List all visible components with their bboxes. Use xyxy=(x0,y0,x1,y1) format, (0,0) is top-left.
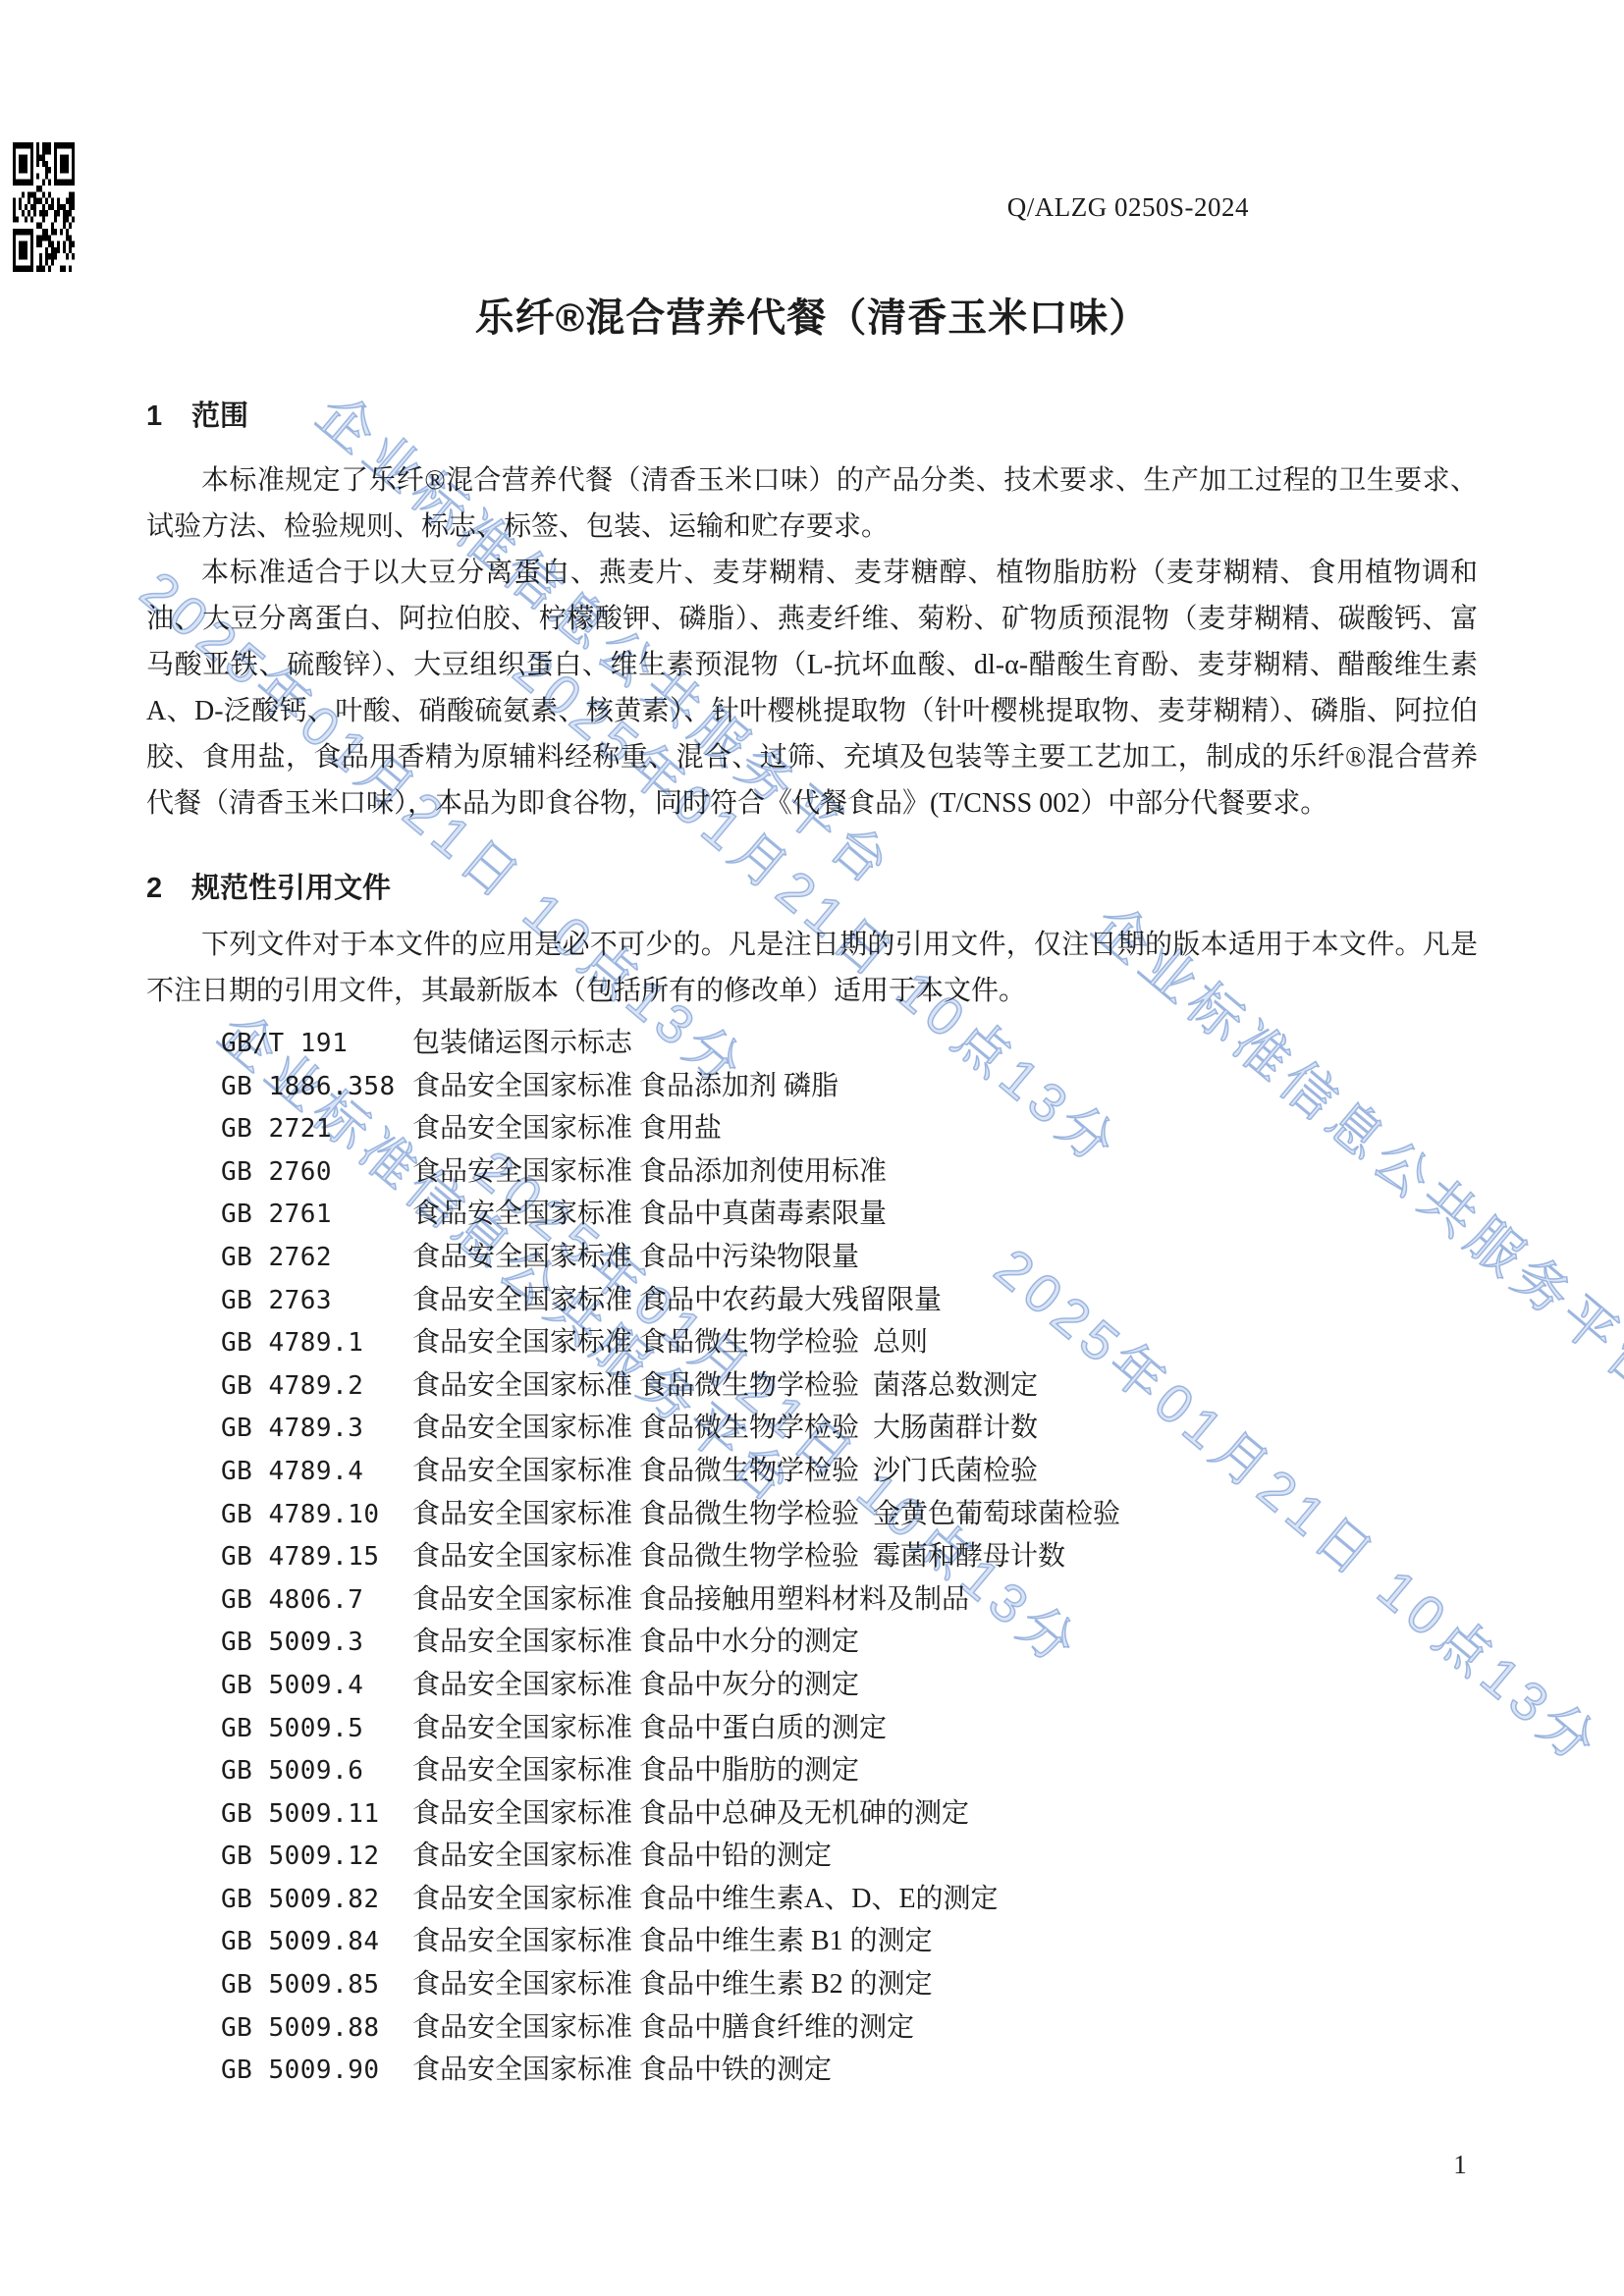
reference-title: 食品安全国家标准 食品中维生素 B1 的测定 xyxy=(412,1920,933,1963)
reference-row: GB 1886.358 食品安全国家标准 食品添加剂 磷脂 xyxy=(146,1065,1478,1108)
reference-title: 食品安全国家标准 食品中铅的测定 xyxy=(412,1835,832,1878)
reference-code: GB 5009.88 xyxy=(221,2007,412,2051)
reference-row: GB 5009.84 食品安全国家标准 食品中维生素 B1 的测定 xyxy=(146,1920,1478,1963)
section-2-intro: 下列文件对于本文件的应用是必不可少的。凡是注日期的引用文件，仅注日期的版本适用于… xyxy=(146,922,1478,1014)
reference-row: GB 5009.3 食品安全国家标准 食品中水分的测定 xyxy=(146,1621,1478,1664)
reference-code: GB 5009.3 xyxy=(221,1622,412,1665)
reference-row: GB 5009.4 食品安全国家标准 食品中灰分的测定 xyxy=(146,1664,1478,1707)
reference-code: GB 2721 xyxy=(221,1108,412,1151)
reference-row: GB 4789.2 食品安全国家标准 食品微生物学检验 菌落总数测定 xyxy=(146,1364,1478,1408)
reference-row: GB 5009.11 食品安全国家标准 食品中总砷及无机砷的测定 xyxy=(146,1792,1478,1836)
reference-code: GB 5009.5 xyxy=(221,1708,412,1751)
reference-list: GB/T 191 包装储运图示标志 GB 1886.358 食品安全国家标准 食… xyxy=(146,1022,1478,2092)
reference-title: 食品安全国家标准 食品中脂肪的测定 xyxy=(412,1749,859,1792)
section-1-paragraph-2: 本标准适合于以大豆分离蛋白、燕麦片、麦芽糊精、麦芽糖醇、植物脂肪粉（麦芽糊精、食… xyxy=(146,550,1478,827)
reference-title: 食品安全国家标准 食品微生物学检验 沙门氏菌检验 xyxy=(412,1450,1038,1493)
reference-row: GB 2762 食品安全国家标准 食品中污染物限量 xyxy=(146,1236,1478,1279)
reference-row: GB 2761 食品安全国家标准 食品中真菌毒素限量 xyxy=(146,1193,1478,1236)
reference-row: GB 5009.82 食品安全国家标准 食品中维生素A、D、E的测定 xyxy=(146,1878,1478,1921)
section-1-number: 1 xyxy=(146,400,191,433)
reference-code: GB 5009.85 xyxy=(221,1964,412,2007)
reference-title: 食品安全国家标准 食品添加剂使用标准 xyxy=(412,1150,887,1194)
section-2-heading: 2规范性引用文件 xyxy=(146,866,1478,906)
reference-code: GB 2760 xyxy=(221,1151,412,1195)
reference-row: GB/T 191 包装储运图示标志 xyxy=(146,1022,1478,1065)
reference-title: 食品安全国家标准 食品中真菌毒素限量 xyxy=(412,1193,887,1236)
section-1-paragraph-1: 本标准规定了乐纤®混合营养代餐（清香玉米口味）的产品分类、技术要求、生产加工过程… xyxy=(146,457,1478,550)
reference-row: GB 2763 食品安全国家标准 食品中农药最大残留限量 xyxy=(146,1279,1478,1322)
reference-row: GB 4789.15 食品安全国家标准 食品微生物学检验 霉菌和酵母计数 xyxy=(146,1535,1478,1578)
reference-title: 食品安全国家标准 食品中维生素A、D、E的测定 xyxy=(412,1878,999,1921)
reference-code: GB 5009.82 xyxy=(221,1879,412,1922)
reference-title: 食品安全国家标准 食品中铁的测定 xyxy=(412,2049,832,2092)
section-1-title: 范围 xyxy=(191,400,248,432)
reference-title: 食品安全国家标准 食品中总砷及无机砷的测定 xyxy=(412,1792,969,1836)
reference-code: GB 5009.11 xyxy=(221,1793,412,1837)
document-content: 乐纤®混合营养代餐（清香玉米口味） 1范围 本标准规定了乐纤®混合营养代餐（清香… xyxy=(0,0,1624,2092)
reference-row: GB 5009.5 食品安全国家标准 食品中蛋白质的测定 xyxy=(146,1707,1478,1750)
reference-title: 食品安全国家标准 食品中农药最大残留限量 xyxy=(412,1279,942,1322)
reference-title: 食品安全国家标准 食品中水分的测定 xyxy=(412,1621,859,1664)
reference-title: 食品安全国家标准 食品中膳食纤维的测定 xyxy=(412,2006,914,2050)
reference-row: GB 4806.7 食品安全国家标准 食品接触用塑料材料及制品 xyxy=(146,1578,1478,1622)
reference-title: 食品安全国家标准 食品中蛋白质的测定 xyxy=(412,1707,887,1750)
reference-code: GB 5009.84 xyxy=(221,1921,412,1964)
reference-title: 食品安全国家标准 食品添加剂 磷脂 xyxy=(412,1065,839,1108)
reference-title: 食品安全国家标准 食品微生物学检验 总则 xyxy=(412,1321,928,1364)
reference-code: GB 4789.3 xyxy=(221,1408,412,1451)
reference-code: GB 2763 xyxy=(221,1280,412,1323)
reference-code: GB/T 191 xyxy=(221,1023,412,1066)
reference-row: GB 5009.90 食品安全国家标准 食品中铁的测定 xyxy=(146,2049,1478,2092)
page-title: 乐纤®混合营养代餐（清香玉米口味） xyxy=(146,0,1478,343)
section-2-number: 2 xyxy=(146,873,191,905)
document-page: 企业标准信息公共服务平台 2025年01月21日 10点13分 2025年01月… xyxy=(0,0,1624,2296)
reference-title: 食品安全国家标准 食品中维生素 B2 的测定 xyxy=(412,1963,933,2006)
reference-code: GB 1886.358 xyxy=(221,1066,412,1109)
reference-code: GB 4789.1 xyxy=(221,1322,412,1365)
section-1-heading: 1范围 xyxy=(146,394,1478,434)
reference-code: GB 5009.90 xyxy=(221,2050,412,2093)
reference-code: GB 4806.7 xyxy=(221,1579,412,1623)
reference-title: 食品安全国家标准 食品微生物学检验 霉菌和酵母计数 xyxy=(412,1535,1065,1578)
reference-code: GB 2761 xyxy=(221,1194,412,1237)
reference-row: GB 5009.6 食品安全国家标准 食品中脂肪的测定 xyxy=(146,1749,1478,1792)
reference-code: GB 5009.6 xyxy=(221,1750,412,1793)
reference-title: 食品安全国家标准 食品中灰分的测定 xyxy=(412,1664,859,1707)
reference-code: GB 4789.10 xyxy=(221,1494,412,1537)
reference-code: GB 5009.4 xyxy=(221,1665,412,1708)
reference-row: GB 2721 食品安全国家标准 食用盐 xyxy=(146,1107,1478,1150)
reference-title: 食品安全国家标准 食品中污染物限量 xyxy=(412,1236,859,1279)
reference-code: GB 5009.12 xyxy=(221,1836,412,1879)
reference-title: 包装储运图示标志 xyxy=(412,1022,632,1065)
reference-code: GB 4789.2 xyxy=(221,1365,412,1409)
reference-title: 食品安全国家标准 食品接触用塑料材料及制品 xyxy=(412,1578,969,1622)
reference-row: GB 4789.1 食品安全国家标准 食品微生物学检验 总则 xyxy=(146,1321,1478,1364)
reference-title: 食品安全国家标准 食品微生物学检验 菌落总数测定 xyxy=(412,1364,1038,1408)
reference-row: GB 4789.3 食品安全国家标准 食品微生物学检验 大肠菌群计数 xyxy=(146,1407,1478,1450)
reference-row: GB 4789.10 食品安全国家标准 食品微生物学检验 金黄色葡萄球菌检验 xyxy=(146,1493,1478,1536)
section-2-title: 规范性引用文件 xyxy=(191,873,391,904)
reference-row: GB 5009.12 食品安全国家标准 食品中铅的测定 xyxy=(146,1835,1478,1878)
reference-title: 食品安全国家标准 食品微生物学检验 大肠菌群计数 xyxy=(412,1407,1038,1450)
reference-code: GB 4789.4 xyxy=(221,1451,412,1494)
reference-code: GB 4789.15 xyxy=(221,1536,412,1579)
reference-row: GB 2760 食品安全国家标准 食品添加剂使用标准 xyxy=(146,1150,1478,1194)
reference-row: GB 5009.88 食品安全国家标准 食品中膳食纤维的测定 xyxy=(146,2006,1478,2050)
reference-row: GB 5009.85 食品安全国家标准 食品中维生素 B2 的测定 xyxy=(146,1963,1478,2006)
reference-code: GB 2762 xyxy=(221,1237,412,1280)
reference-title: 食品安全国家标准 食用盐 xyxy=(412,1107,722,1150)
page-number: 1 xyxy=(1435,2150,1485,2180)
reference-row: GB 4789.4 食品安全国家标准 食品微生物学检验 沙门氏菌检验 xyxy=(146,1450,1478,1493)
reference-title: 食品安全国家标准 食品微生物学检验 金黄色葡萄球菌检验 xyxy=(412,1493,1120,1536)
